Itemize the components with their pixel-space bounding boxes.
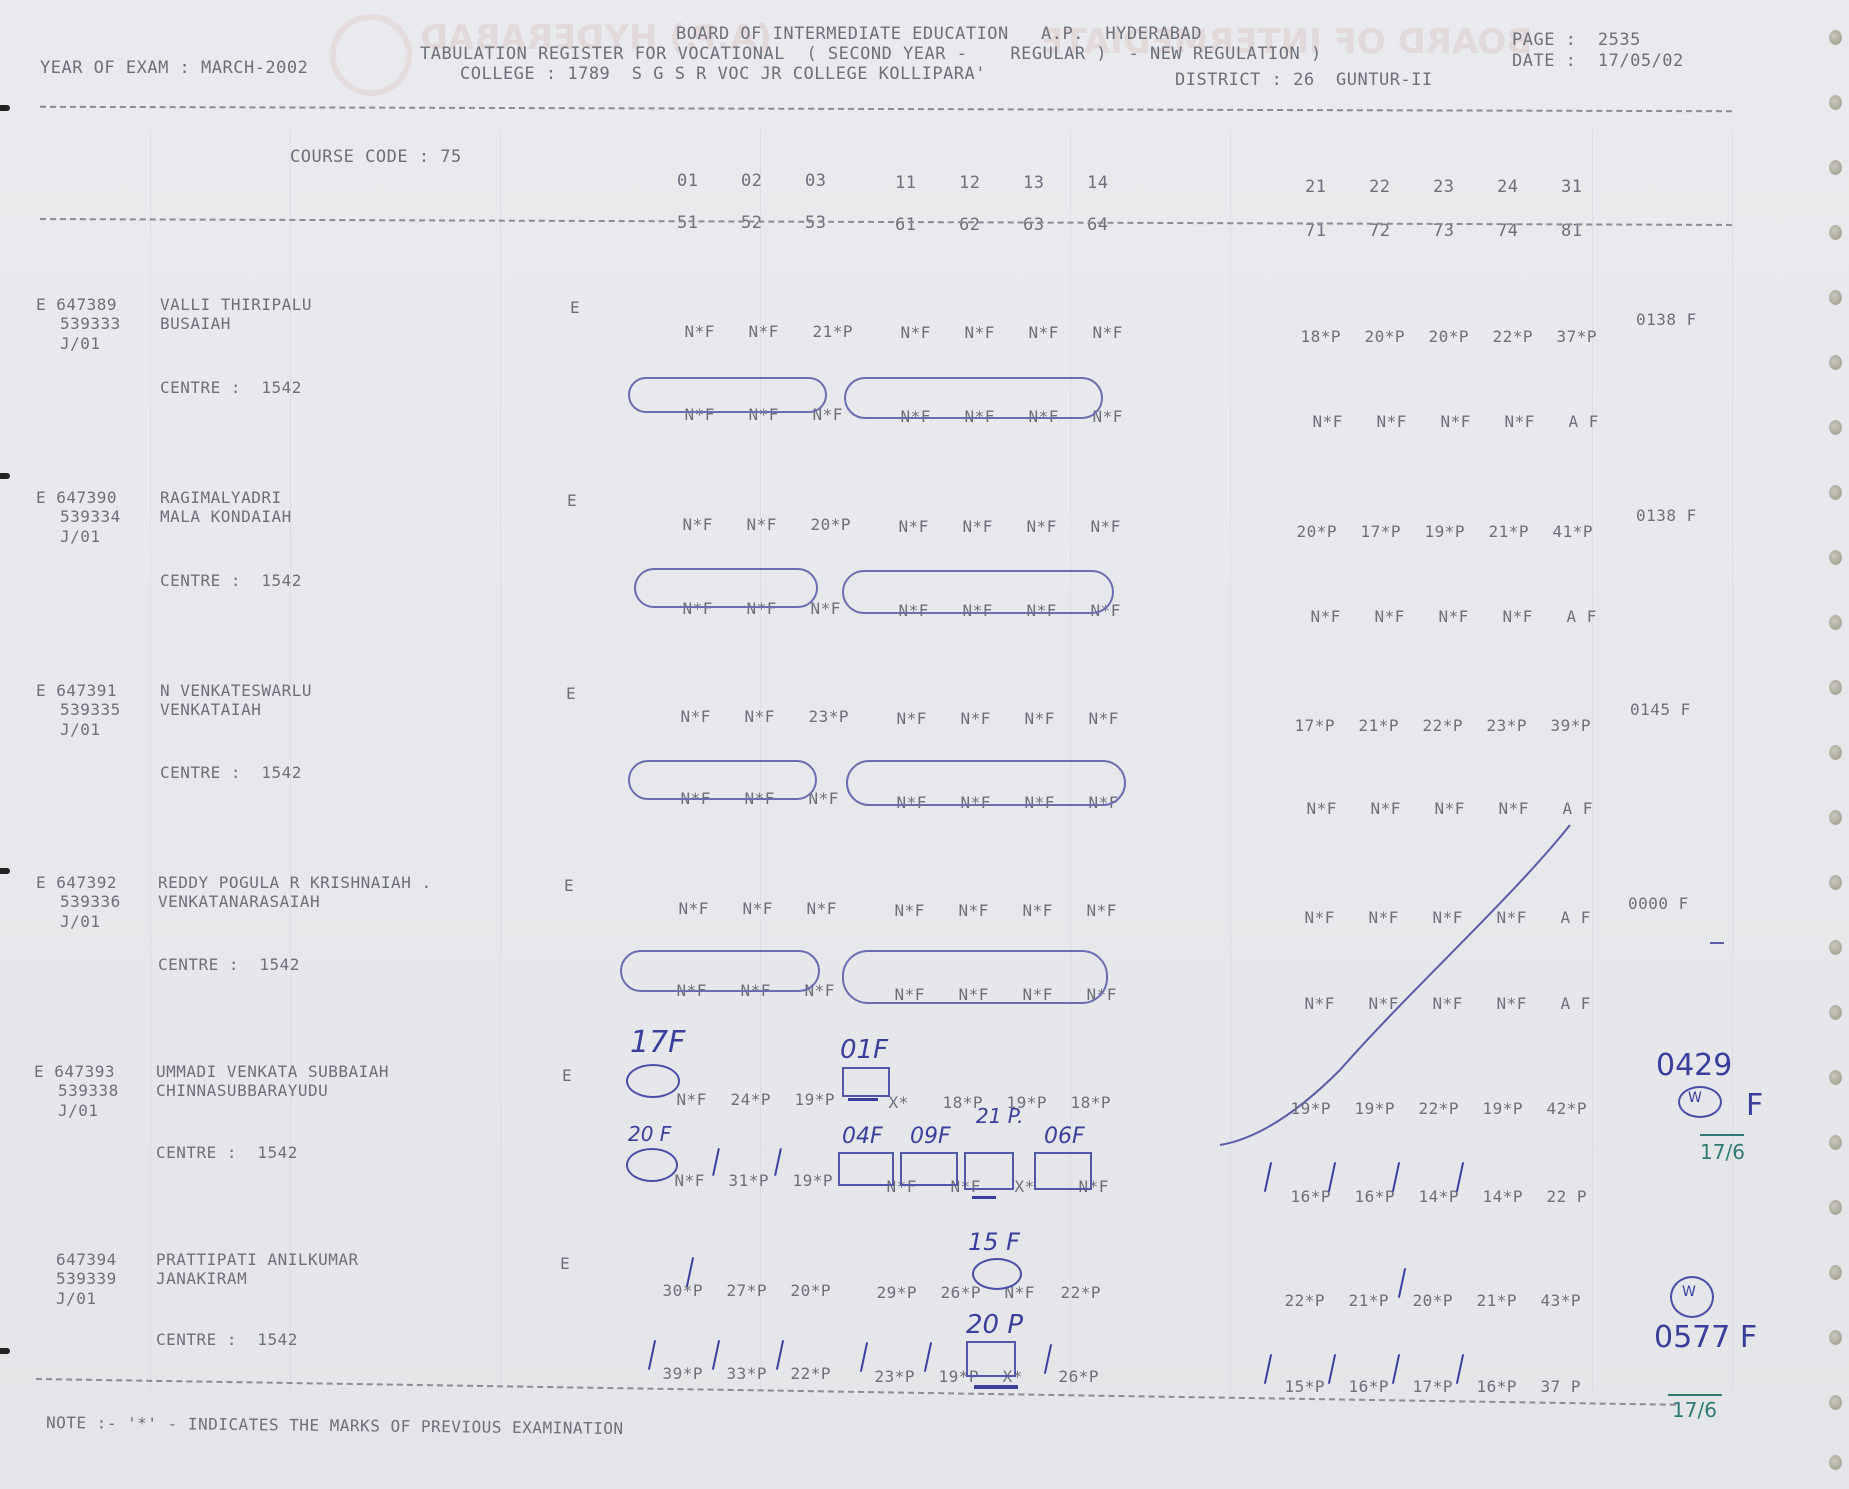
pen-circle-annotation [626,1064,680,1098]
pen-dash [1710,942,1724,944]
marks-row1-g2: N*FN*FN*FN*F [854,882,1151,920]
pen-oval-annotation [842,950,1108,1004]
centre: CENTRE : 1542 [156,1143,298,1162]
pen-underline [848,1098,878,1101]
father-name: CHINNASUBBARAYUDU [156,1081,328,1100]
pen-oval-annotation [634,568,818,608]
student-regno: 539339 [56,1269,117,1288]
footer-note: NOTE :- '*' - INDICATES THE MARKS OF PRE… [46,1413,624,1438]
student-code: J/01 [60,912,101,931]
grid-line [150,130,151,1390]
student-regno: 539336 [60,892,121,911]
student-regno: 539338 [58,1081,119,1100]
watermark-seal-icon [330,14,412,96]
pen-box-annotation [842,1067,890,1097]
signature-line [1700,1134,1744,1136]
pen-box-annotation [900,1152,958,1186]
marks-row1-g3: 19*P19*P22*P19*P42*P [1250,1080,1611,1118]
centre: CENTRE : 1542 [158,955,300,974]
handwritten-mark: 09F [910,1124,951,1149]
student-id: E 647392 [36,873,117,892]
medium: E [560,1254,570,1273]
handwritten-mark: 15 F [968,1228,1020,1256]
marks-row1-g3: 22*P21*P20*P21*P43*P [1244,1272,1605,1310]
total-marks: 0145 F [1630,700,1691,719]
student-id: E 647393 [34,1062,115,1081]
binder-clip [0,473,10,479]
marks-row2-g3: 16*P16*P14*P14*P22 P [1250,1168,1611,1206]
handwritten-total: 0577 F [1654,1320,1757,1355]
student-name: UMMADI VENKATA SUBBAIAH [156,1062,389,1081]
student-code: J/01 [56,1289,97,1308]
student-name: RAGIMALYADRI [160,488,282,507]
total-marks: 0000 F [1628,894,1689,913]
binder-clip [0,105,10,111]
student-code: J/01 [60,334,101,353]
subject-codes-group3-b: 7172737481 [1262,201,1625,261]
pen-oval-annotation [846,760,1126,806]
course-code: COURSE CODE : 75 [290,147,462,167]
marks-row1-g3: 18*P20*P20*P22*P37*P [1260,308,1621,346]
handwritten-mark: 21 P. [976,1104,1023,1128]
binder-clip [0,868,10,874]
report-date: DATE : 17/05/02 [1512,51,1684,71]
medium: E [567,491,577,510]
subject-codes-group2-b: 61626364 [852,195,1151,255]
medium: E [566,684,576,703]
pen-box-annotation [966,1341,1016,1377]
total-marks: 0138 F [1636,310,1697,329]
handwritten-mark: 01F [840,1035,888,1065]
father-name: VENKATAIAH [160,700,261,719]
student-regno: 539333 [60,314,121,333]
pen-oval-annotation [844,377,1103,419]
handwritten-mark: 20 F [628,1122,671,1146]
marks-row1-g2: N*FN*FN*FN*F [860,304,1157,342]
father-name: MALA KONDAIAH [160,507,292,526]
marks-row1-g3: 17*P21*P22*P23*P39*P [1254,697,1615,735]
pen-oval-annotation [842,570,1114,614]
centre: CENTRE : 1542 [156,1330,298,1349]
handwritten-result: F [1746,1088,1763,1123]
total-marks: 0138 F [1636,506,1697,525]
student-code: J/01 [60,527,101,546]
father-name: BUSAIAH [160,314,231,333]
student-id: E 647390 [36,488,117,507]
medium: E [564,876,574,895]
handwritten-total: 0429 [1656,1048,1732,1083]
centre: CENTRE : 1542 [160,378,302,397]
subject-codes-group1-b: 515253 [634,193,869,253]
college-line: COLLEGE : 1789 S G S R VOC JR COLLEGE KO… [460,64,986,84]
student-id: E 647389 [36,295,117,314]
pen-box-annotation [838,1152,894,1186]
handwritten-initial-date: 17/6 [1700,1140,1745,1164]
centre: CENTRE : 1542 [160,571,302,590]
marks-row1-g2: N*FN*FN*FN*F [856,690,1153,728]
student-code: J/01 [58,1101,99,1120]
grid-line [500,130,501,1390]
student-code: J/01 [60,720,101,739]
withheld-mark: W [1688,1090,1702,1106]
pen-underline [974,1385,1018,1389]
handwritten-mark: 17F [630,1025,685,1060]
pen-underline [972,1196,996,1199]
student-regno: 539335 [60,700,121,719]
pen-box-annotation [964,1152,1014,1190]
grid-line [290,130,291,1390]
grid-line [1732,130,1733,1390]
marks-row1-g1: 30*P27*P20*P [622,1262,855,1300]
student-name: PRATTIPATI ANILKUMAR [156,1250,359,1269]
marks-row1-g1: N*FN*F20*P [642,496,875,534]
father-name: JANAKIRAM [156,1269,247,1288]
grid-line [1230,130,1231,1390]
student-name: REDDY POGULA R KRISHNAIAH . [158,873,432,892]
handwritten-mark: 20 P [966,1310,1023,1340]
medium: E [562,1066,572,1085]
withheld-mark: W [1682,1284,1696,1300]
pen-box-annotation [1034,1152,1092,1190]
register-title: TABULATION REGISTER FOR VOCATIONAL ( SEC… [420,44,1322,64]
page-number: PAGE : 2535 [1512,30,1641,50]
board-title: BOARD OF INTERMEDIATE EDUCATION A.P. HYD… [676,24,1202,44]
student-name: N VENKATESWARLU [160,681,312,700]
binder-clip [0,1348,10,1354]
marks-row1-g1: N*FN*F23*P [640,688,873,726]
pen-oval-annotation [628,760,817,800]
pen-oval-annotation [628,377,827,413]
divider [40,106,1732,112]
marks-row2-g3: N*FN*FN*FN*FA F [1266,780,1627,818]
marks-row2-g3: N*FN*FN*FN*FA F [1270,588,1631,626]
marks-row1-g2: N*FN*FN*FN*F [858,498,1155,536]
student-name: VALLI THIRIPALU [160,295,312,314]
handwritten-mark: 06F [1044,1124,1085,1149]
signature-line [1668,1394,1722,1396]
student-regno: 539334 [60,507,121,526]
father-name: VENKATANARASAIAH [158,892,320,911]
student-id: 647394 [56,1250,117,1269]
handwritten-mark: 04F [842,1124,883,1149]
marks-row1-g1: N*FN*FN*F [638,880,871,918]
year-of-exam: YEAR OF EXAM : MARCH-2002 [40,58,308,78]
centre: CENTRE : 1542 [160,763,302,782]
pen-circle-annotation [972,1258,1022,1290]
district-line: DISTRICT : 26 GUNTUR-II [1175,70,1433,90]
marks-row2-g1: 39*P33*P22*P [622,1345,855,1383]
marks-row2-g3: 15*P16*P17*P16*P37 P [1244,1358,1605,1396]
marks-row2-g3: N*FN*FN*FN*FA F [1272,393,1633,431]
marks-row1-g1: N*FN*F21*P [644,303,877,341]
pen-circle-annotation [626,1148,678,1182]
handwritten-initial-date: 17/6 [1672,1398,1717,1422]
student-id: E 647391 [36,681,117,700]
pen-oval-annotation [620,950,820,992]
marks-row1-g3: 20*P17*P19*P21*P41*P [1256,503,1617,541]
medium: E [570,298,580,317]
